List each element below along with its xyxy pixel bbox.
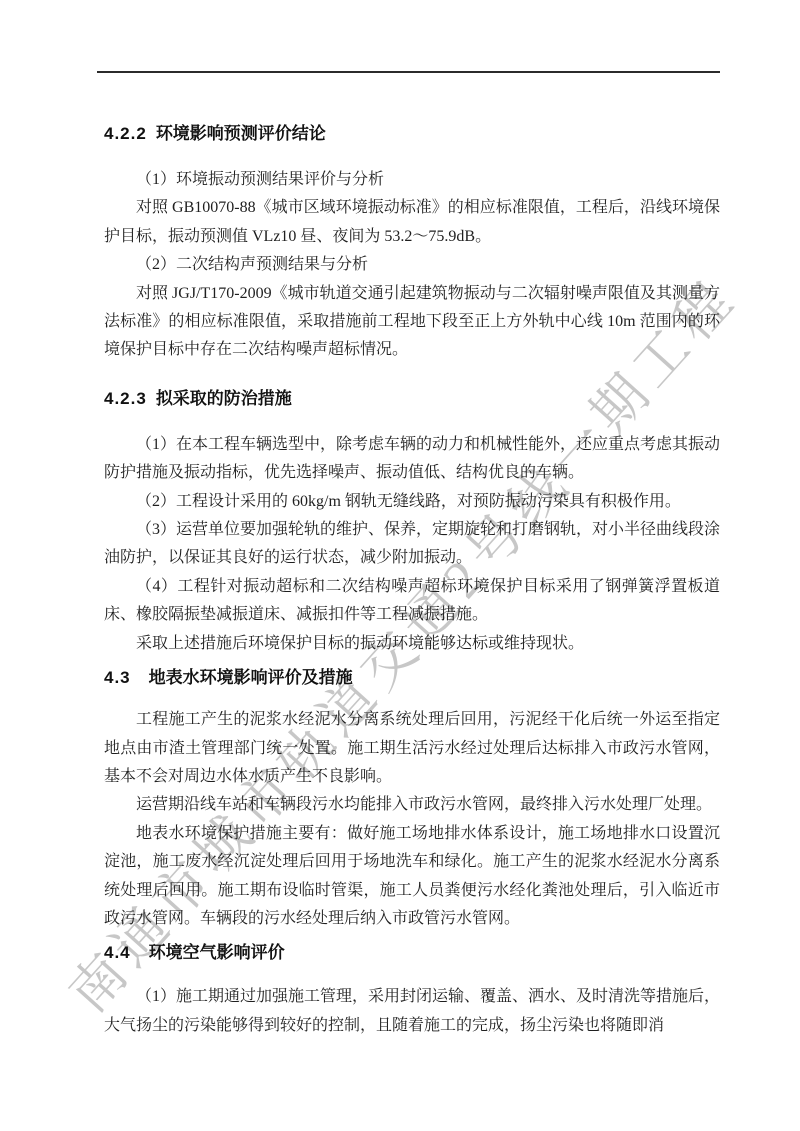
- section-title: 地表水环境影响评价及措施: [149, 668, 353, 687]
- paragraph: 采取上述措施后环境保护目标的振动环境能够达标或维持现状。: [104, 630, 720, 658]
- section-heading-4-2-2: 4.2.2环境影响预测评价结论: [104, 122, 720, 146]
- section-heading-4-4: 4.4环境空气影响评价: [104, 941, 720, 965]
- section-number: 4.2.3: [104, 389, 147, 408]
- paragraph: 对照 JGJ/T170-2009《城市轨道交通引起建筑物振动与二次辐射噪声限值及…: [104, 280, 720, 365]
- paragraph: （3）运营单位要加强轮轨的维护、保养，定期旋轮和打磨钢轨，对小半径曲线段涂油防护…: [104, 516, 720, 573]
- paragraph: （1）在本工程车辆选型中，除考虑车辆的动力和机械性能外，还应重点考虑其振动防护措…: [104, 431, 720, 488]
- paragraph: （1）环境振动预测结果评价与分析: [104, 166, 720, 194]
- paragraph: 工程施工产生的泥浆水经泥水分离系统处理后回用，污泥经干化后统一外运至指定地点由市…: [104, 706, 720, 791]
- paragraph: 地表水环境保护措施主要有：做好施工场地排水体系设计，施工场地排水口设置沉淀池，施…: [104, 820, 720, 934]
- paragraph: （2）二次结构声预测结果与分析: [104, 251, 720, 279]
- section-number: 4.3: [104, 668, 131, 687]
- section-number: 4.2.2: [104, 124, 147, 143]
- paragraph: 对照 GB10070-88《城市区域环境振动标准》的相应标准限值，工程后，沿线环…: [104, 194, 720, 251]
- section-title: 环境影响预测评价结论: [156, 124, 326, 143]
- document-page: 南通市城市轨道交通2号线一期工程 4.2.2环境影响预测评价结论 （1）环境振动…: [0, 0, 800, 1131]
- paragraph: 运营期沿线车站和车辆段污水均能排入市政污水管网，最终排入污水处理厂处理。: [104, 791, 720, 819]
- section-title: 环境空气影响评价: [149, 943, 285, 962]
- document-content: 4.2.2环境影响预测评价结论 （1）环境振动预测结果评价与分析 对照 GB10…: [104, 122, 720, 1040]
- paragraph: （4）工程针对振动超标和二次结构噪声超标环境保护目标采用了钢弹簧浮置板道床、橡胶…: [104, 573, 720, 630]
- section-title: 拟采取的防治措施: [156, 389, 292, 408]
- paragraph: （1）施工期通过加强施工管理，采用封闭运输、覆盖、洒水、及时清洗等措施后，大气扬…: [104, 983, 720, 1040]
- section-number: 4.4: [104, 943, 131, 962]
- section-heading-4-2-3: 4.2.3拟采取的防治措施: [104, 387, 720, 411]
- paragraph: （2）工程设计采用的 60kg/m 钢轨无缝线路，对预防振动污染具有积极作用。: [104, 488, 720, 516]
- section-heading-4-3: 4.3地表水环境影响评价及措施: [104, 666, 720, 690]
- header-rule: [97, 71, 720, 73]
